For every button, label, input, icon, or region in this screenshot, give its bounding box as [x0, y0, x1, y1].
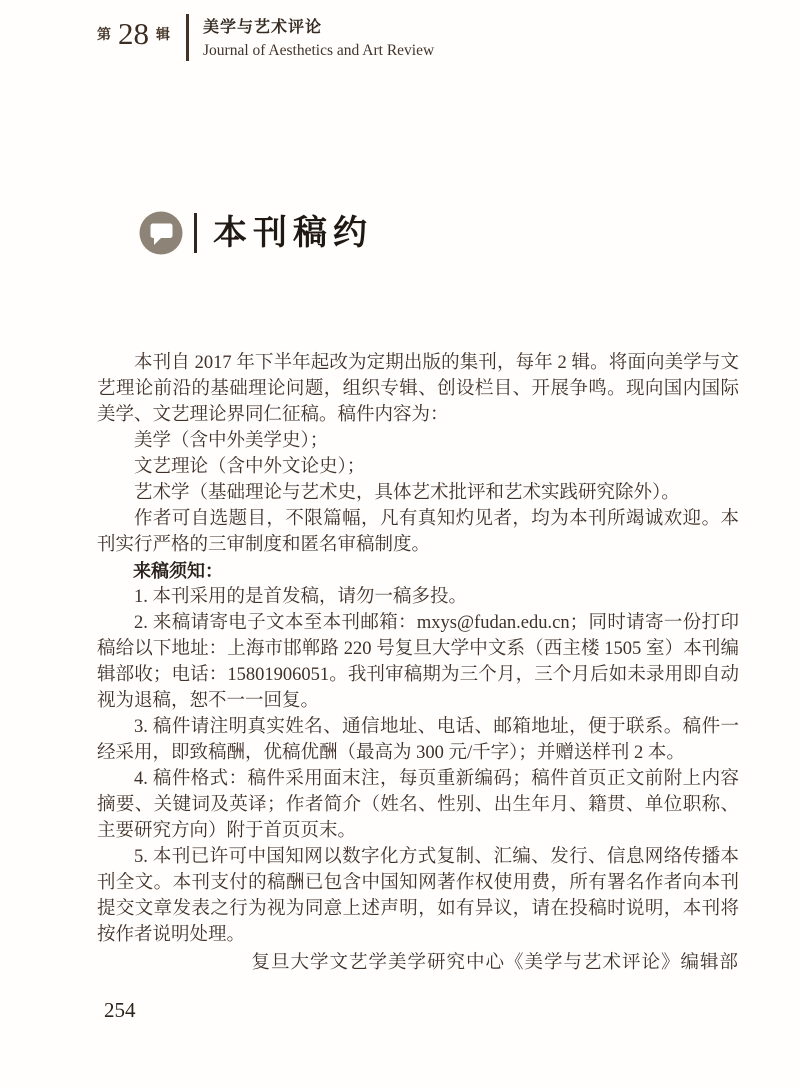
- journal-page: 第 28 辑 美学与艺术评论 Journal of Aesthetics and…: [0, 0, 799, 1088]
- notice-item-1: 1. 本刊采用的是首发稿，请勿一稿多投。: [97, 584, 739, 610]
- list-item-aesthetics: 美学（含中外美学史）；: [97, 428, 739, 454]
- volume-number: 28: [118, 18, 149, 49]
- header-divider: [186, 14, 189, 61]
- notice-item-5: 5. 本刊已许可中国知网以数字化方式复制、汇编、发行、信息网络传播本刊全文。本刊…: [97, 844, 739, 948]
- volume-suffix: 辑: [156, 24, 170, 44]
- journal-title-zh: 美学与艺术评论: [203, 14, 434, 37]
- paragraph-review-policy: 作者可自选题目，不限篇幅，凡有真知灼见者，均为本刊所竭诚欢迎。本刊实行严格的三审…: [97, 506, 739, 558]
- list-item-art-studies: 艺术学（基础理论与艺术史，具体艺术批评和艺术实践研究除外）。: [97, 480, 739, 506]
- journal-title-en: Journal of Aesthetics and Art Review: [203, 42, 434, 60]
- notice-item-4: 4. 稿件格式：稿件采用面末注，每页重新编码；稿件首页正文前附上内容摘要、关键词…: [97, 766, 739, 844]
- editorial-signature: 复旦大学文艺学美学研究中心《美学与艺术评论》编辑部: [97, 948, 739, 974]
- article-body: 本刊自 2017 年下半年起改为定期出版的集刊，每年 2 辑。将面向美学与文艺理…: [97, 350, 739, 948]
- volume-prefix: 第: [97, 24, 111, 44]
- notice-item-2: 2. 来稿请寄电子文本至本刊邮箱：mxys@fudan.edu.cn；同时请寄一…: [97, 610, 739, 714]
- list-item-literary-theory: 文艺理论（含中外文论史）；: [97, 454, 739, 480]
- journal-titles: 美学与艺术评论 Journal of Aesthetics and Art Re…: [203, 12, 434, 60]
- article-title-block: 本刊稿约: [138, 210, 373, 256]
- speech-bubble-icon: [138, 210, 184, 256]
- notice-item-3: 3. 稿件请注明真实姓名、通信地址、电话、邮箱地址，便于联系。稿件一经采用，即致…: [97, 714, 739, 766]
- notice-heading: 来稿须知：: [97, 558, 739, 584]
- article-title: 本刊稿约: [213, 210, 373, 256]
- title-divider: [194, 213, 197, 253]
- paragraph-intro: 本刊自 2017 年下半年起改为定期出版的集刊，每年 2 辑。将面向美学与文艺理…: [97, 350, 739, 428]
- page-number: 254: [104, 998, 136, 1023]
- page-header: 第 28 辑 美学与艺术评论 Journal of Aesthetics and…: [97, 12, 434, 61]
- volume-label: 第 28 辑: [97, 18, 170, 49]
